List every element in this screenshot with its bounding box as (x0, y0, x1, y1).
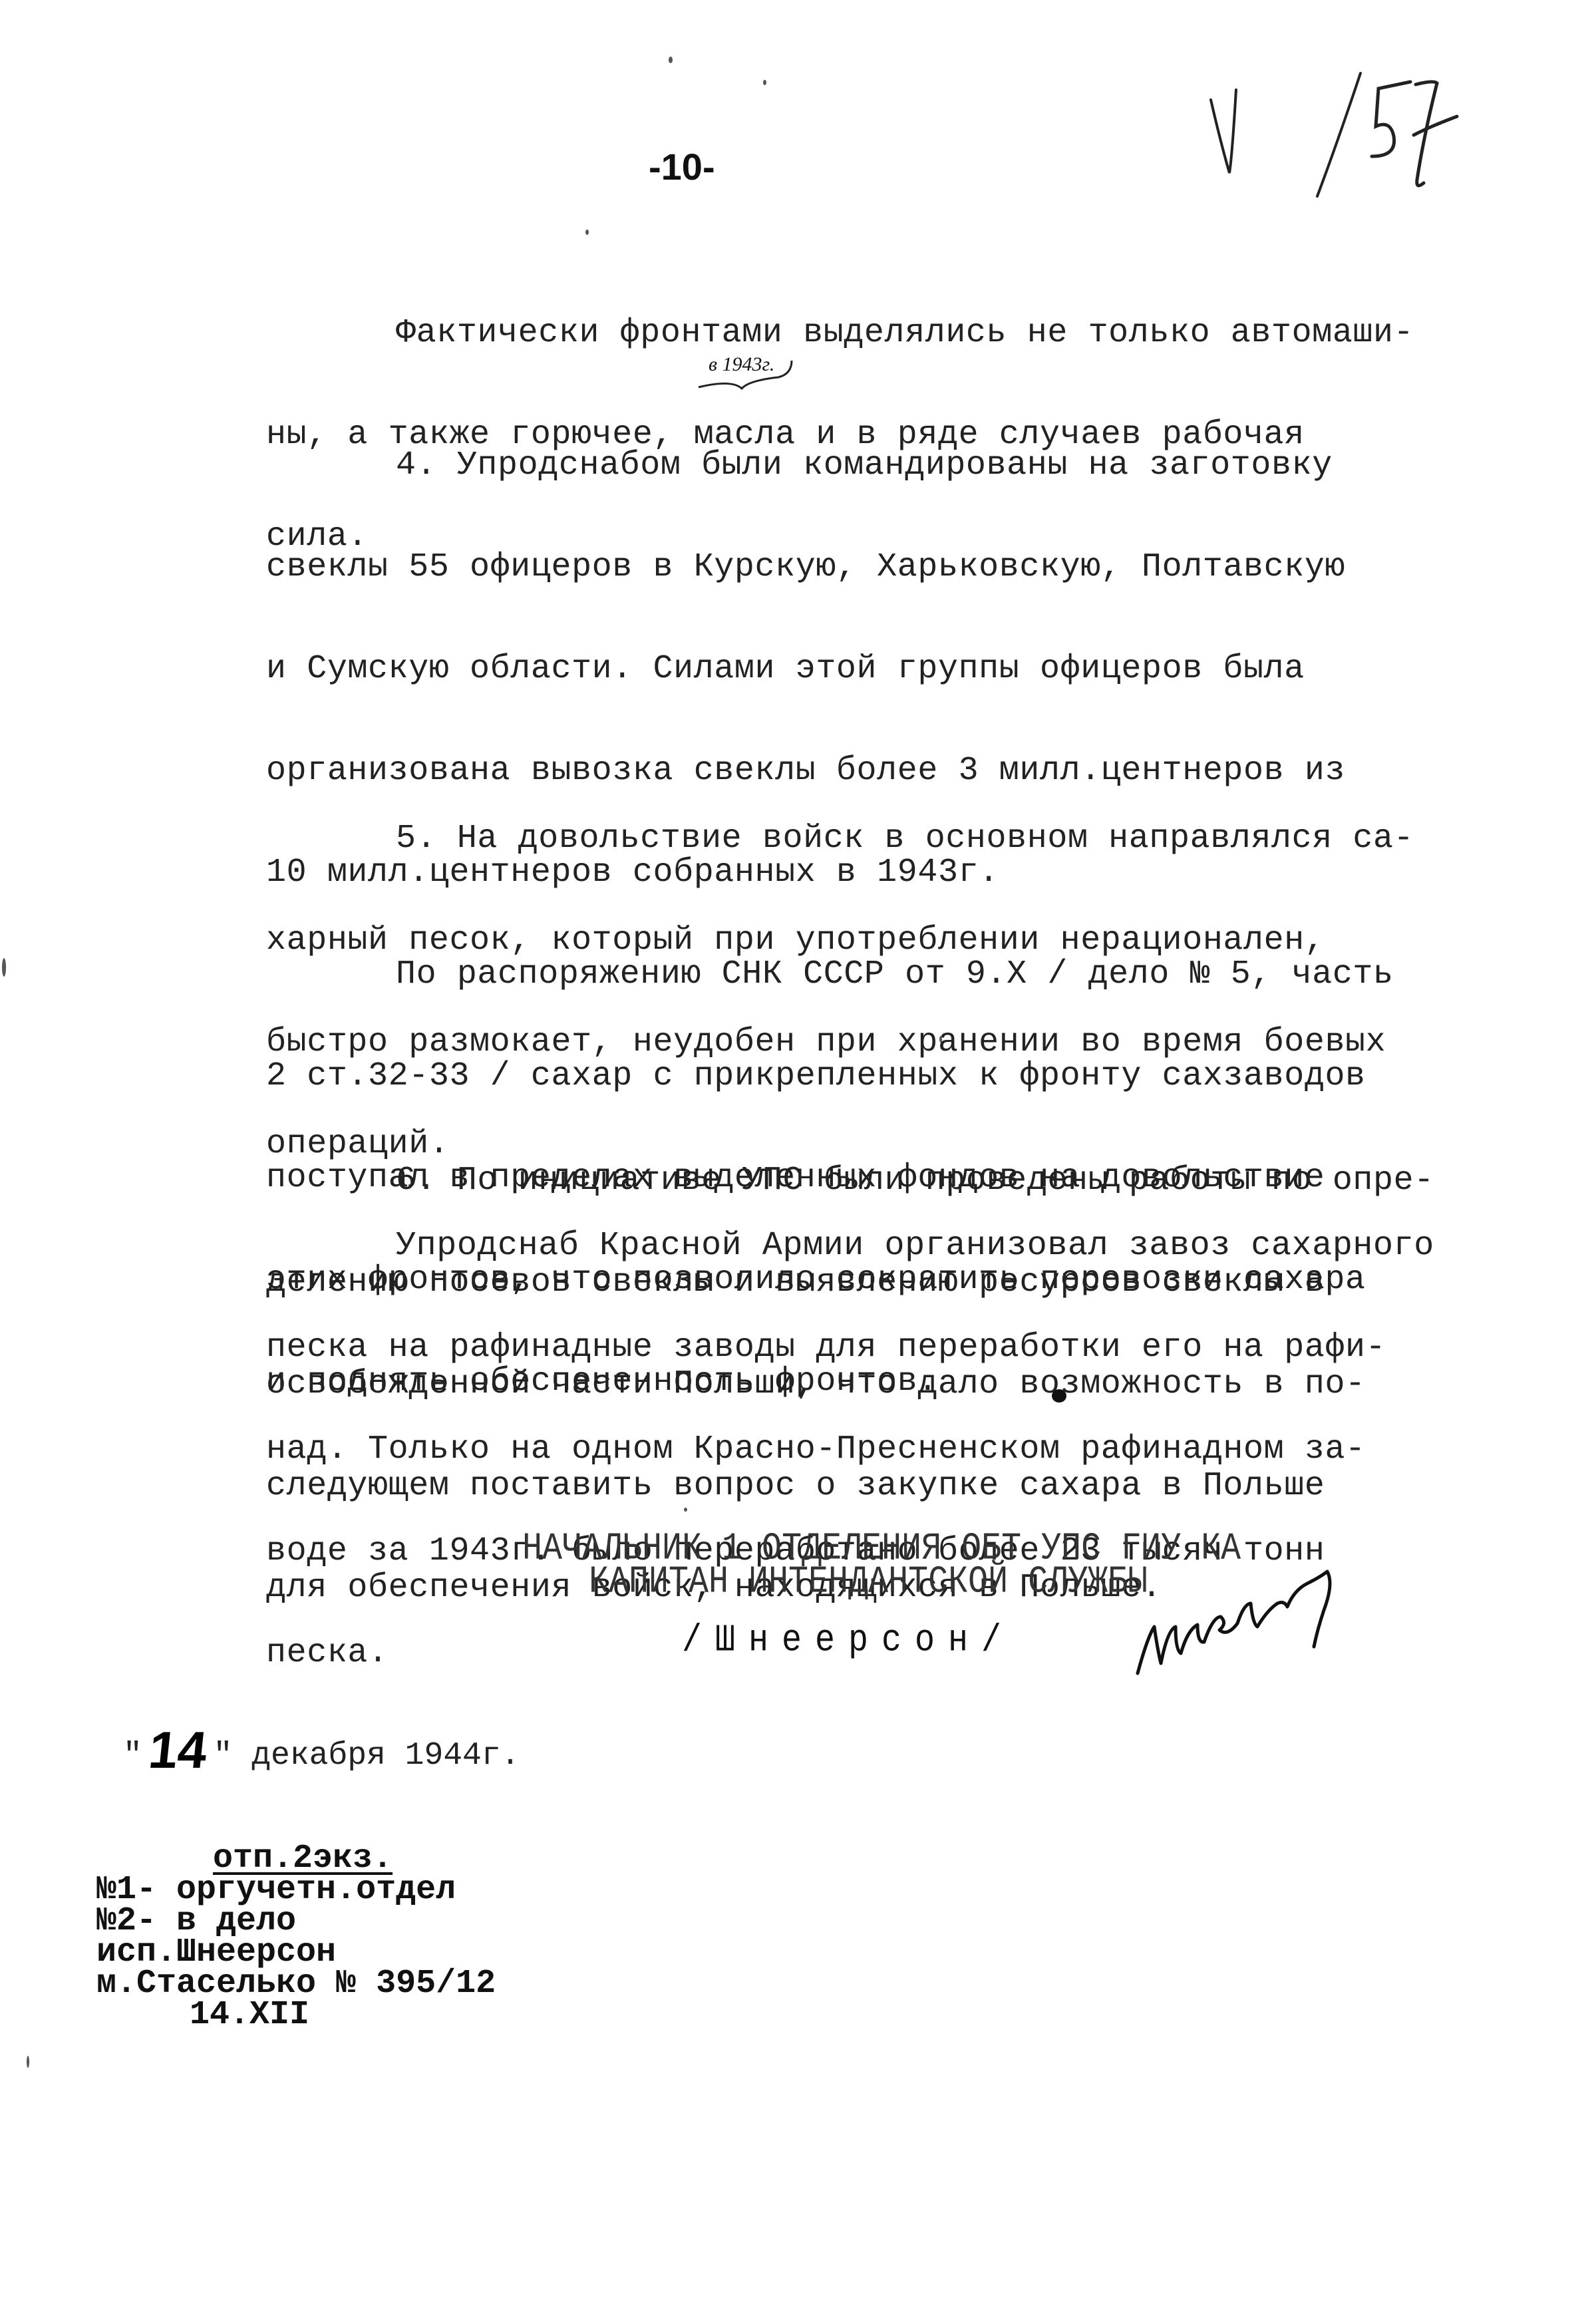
text-line: освобожденной части Польши, что дало воз… (266, 1367, 1563, 1401)
handwritten-signature: Шнеерсон (1134, 1564, 1374, 1677)
svg-text:в 1943г.: в 1943г. (709, 353, 774, 375)
handwritten-archive-mark: V 157 (1204, 63, 1537, 216)
distribution-item: №1- оргучетн.отдел (96, 1874, 496, 1906)
text-line: 6. По инициативе УПС были проведены рабо… (266, 1164, 1563, 1198)
executor: исп.Шнеерсон (96, 1937, 496, 1968)
distribution-footer: отп.2экз. №1- оргучетн.отдел №2- в дело … (96, 1843, 496, 2031)
date-open-quote: " (123, 1738, 142, 1774)
scan-speck (939, 1036, 942, 1043)
scan-speck (669, 57, 673, 63)
signature-block: НАЧАЛЬНИК 1 ОТДЕЛЕНИЯ ОБТ УПС ГИУ КА КАП… (522, 1530, 1241, 1655)
text-line: 4. Упродснабом были командированы на заг… (266, 448, 1563, 482)
document-page: -10- V 157 Фактически фронтами выделялис… (0, 0, 1596, 2320)
text-line: делению посевов свеклы и выявлению ресур… (266, 1265, 1563, 1299)
scan-speck (763, 80, 766, 85)
date-month-year: декабря 1944г. (251, 1738, 520, 1774)
text-line: следующем поставить вопрос о закупке сах… (266, 1469, 1563, 1503)
scan-speck (27, 2056, 29, 2068)
distribution-item: №2- в дело (96, 1906, 496, 1937)
text-line: Фактически фронтами выделялись не только… (266, 316, 1563, 350)
page-number: -10- (649, 145, 715, 188)
footer-date-code: 14.XII (96, 1999, 496, 2031)
date-day-handwritten: 14 (146, 1720, 210, 1780)
signatory-rank: КАПИТАН ИНТЕНДАНТСКОЙ СЛУЖБЫ (522, 1564, 1241, 1602)
text-line: свеклы 55 офицеров в Курскую, Харьковску… (266, 550, 1563, 584)
ink-blot (1052, 1389, 1066, 1403)
date-close-quote: " (214, 1738, 233, 1774)
signatory-name: /Шнеерсон/ (522, 1622, 1241, 1661)
scan-speck (684, 1508, 687, 1512)
text-line: 5. На довольствие войск в основном напра… (266, 822, 1563, 856)
typist-reference: м.Стаселько № 395/12 (96, 1968, 496, 1999)
text-line: и Сумскую области. Силами этой группы оф… (266, 652, 1563, 686)
document-date: "14" декабря 1944г. (123, 1720, 520, 1780)
text-line: быстро размокает, неудобен при хранении … (266, 1025, 1563, 1059)
scan-speck (585, 230, 589, 235)
scan-speck (2, 958, 6, 977)
text-line: харный песок, который при употреблении н… (266, 923, 1563, 957)
copies-count: отп.2экз. (96, 1843, 496, 1874)
